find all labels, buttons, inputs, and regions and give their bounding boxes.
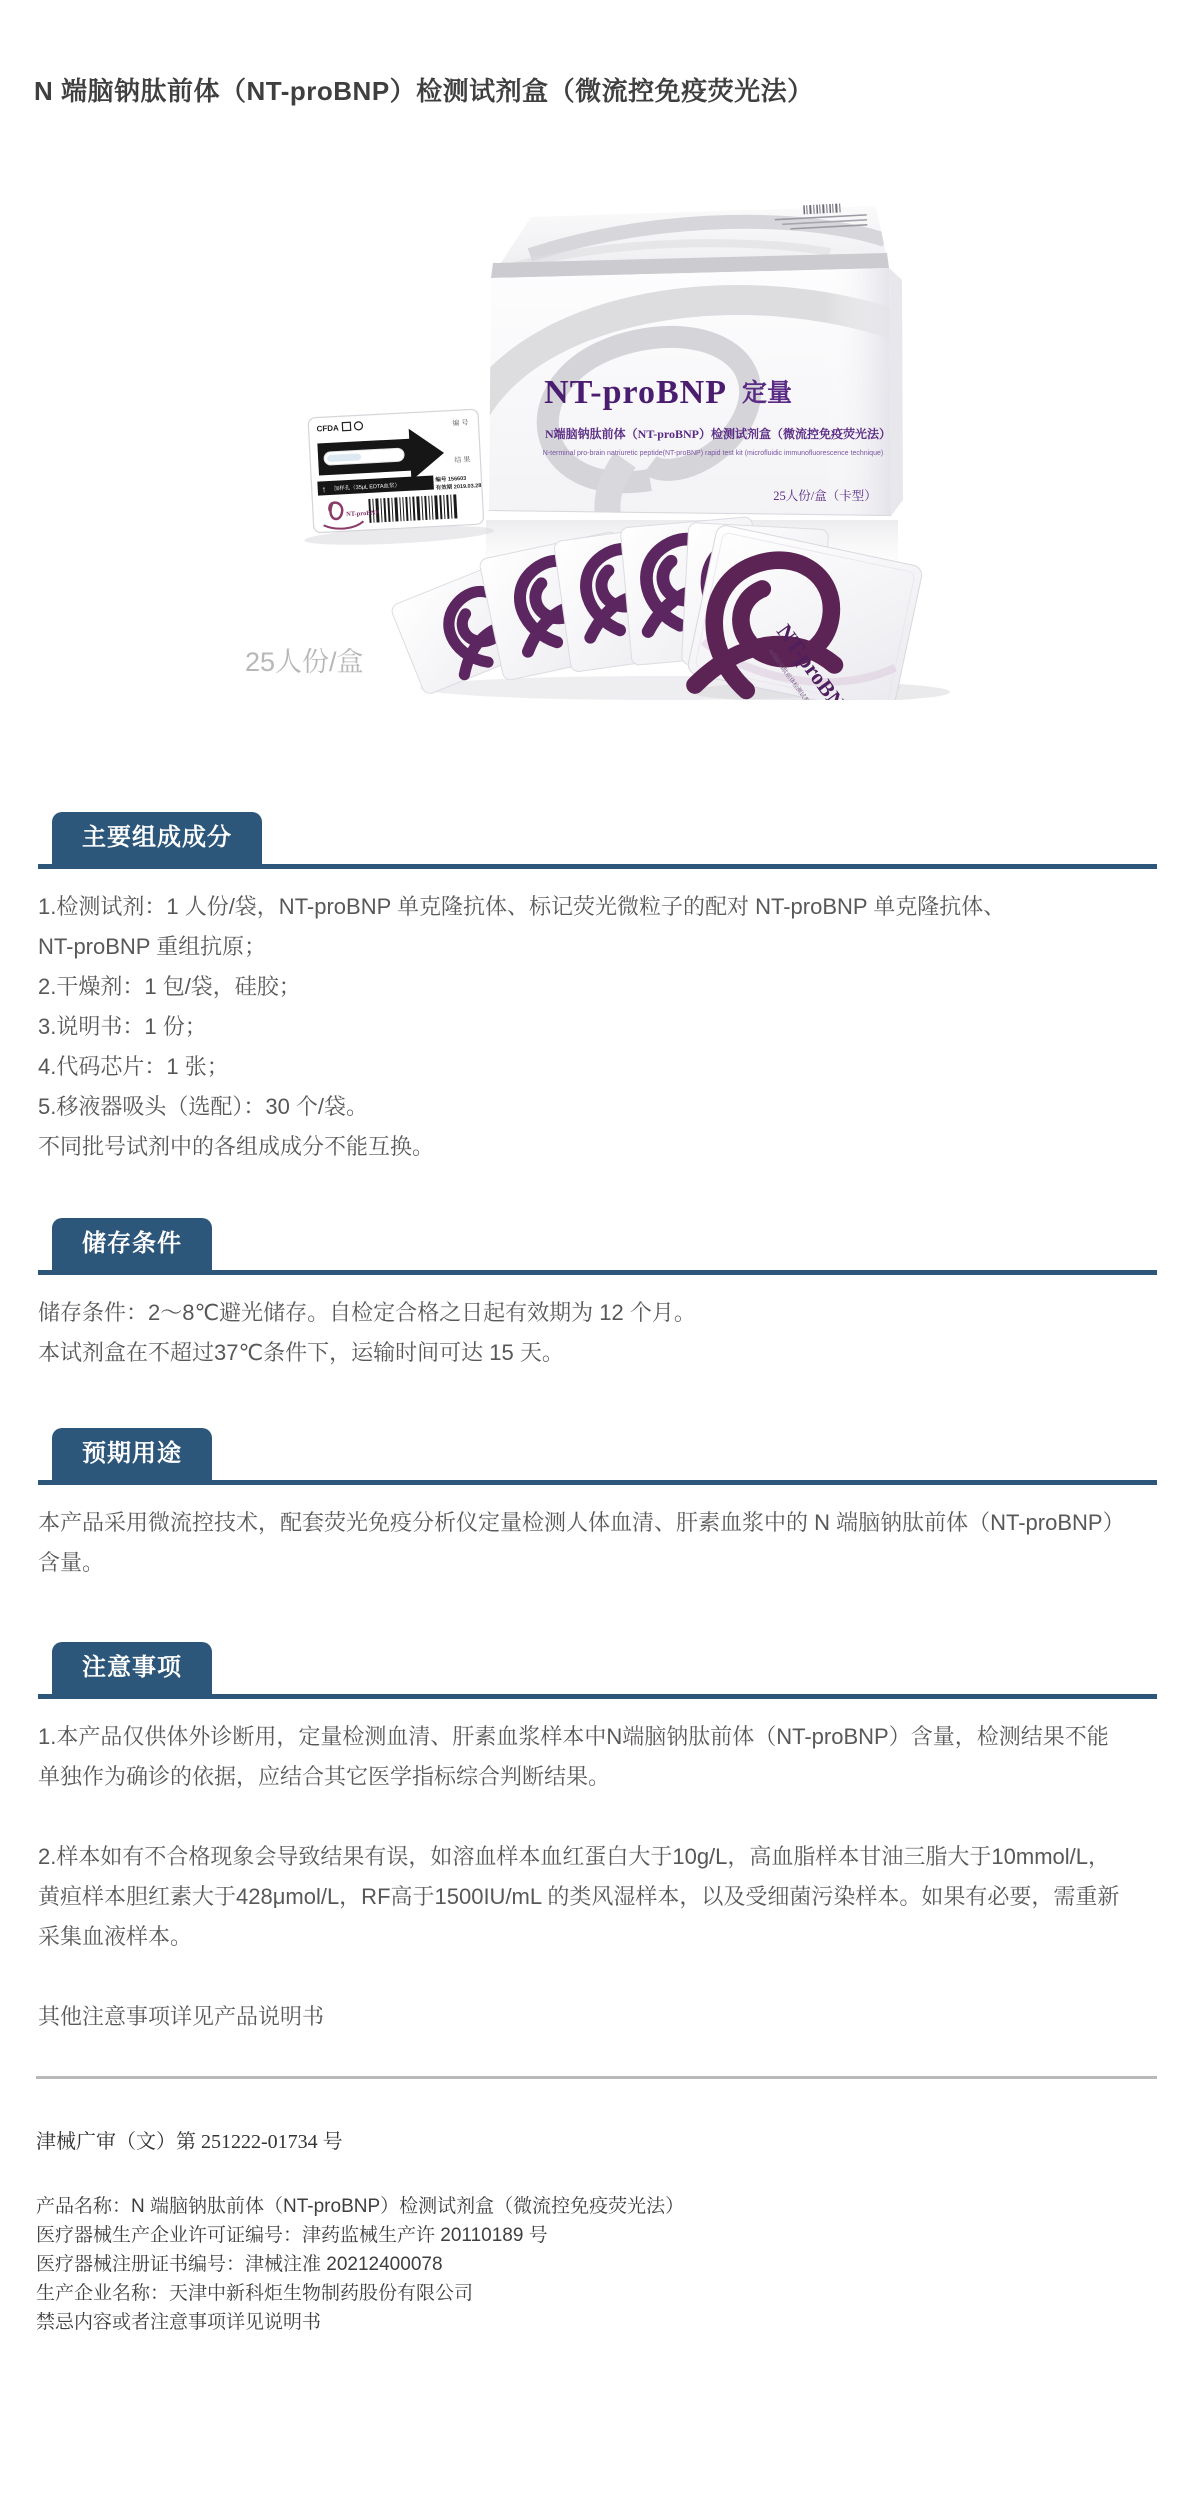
footer-registration-block: 产品名称：N 端脑钠肽前体（NT-proBNP）检测试剂盒（微流控免疫荧光法） …	[36, 2192, 684, 2337]
section-body: 1.本产品仅供体外诊断用，定量检测血清、肝素血浆样本中N端脑钠肽前体（NT-pr…	[38, 1717, 1157, 2037]
cassette-cfda-label: CFDA	[316, 423, 339, 433]
section-rule	[38, 1270, 1157, 1275]
section-body: 本产品采用微流控技术，配套荧光免疫分析仪定量检测人体血清、肝素血浆中的 N 端脑…	[38, 1503, 1157, 1583]
ad-approval-number: 津械广审（文）第 251222-01734 号	[36, 2130, 684, 2154]
section-heading: 储存条件	[52, 1218, 212, 1270]
footer-product-name: 产品名称：N 端脑钠肽前体（NT-proBNP）检测试剂盒（微流控免疫荧光法）	[36, 2192, 684, 2221]
test-cassette: CFDA 编 号 结 果 ↑ 加样孔（35μL EDTA血浆） 编号 15660…	[298, 409, 495, 549]
box-subtitle-cn: N端脑钠肽前体（NT-proBNP）检测试剂盒（微流控免疫荧光法）	[545, 426, 891, 441]
box-pack-size: 25人份/盒（卡型）	[773, 488, 876, 503]
up-arrow-icon: ↑	[321, 484, 326, 494]
page-title: N 端脑钠肽前体（NT-proBNP）检测试剂盒（微流控免疫荧光法）	[34, 71, 814, 108]
product-photo-illustration: NT-proBNP 定量 N端脑钠肽前体（NT-proBNP）检测试剂盒（微流控…	[230, 120, 1010, 700]
footer-divider	[36, 2076, 1157, 2079]
section-heading: 注意事项	[52, 1642, 212, 1694]
section-precautions: 注意事项 1.本产品仅供体外诊断用，定量检测血清、肝素血浆样本中N端脑钠肽前体（…	[38, 1642, 1157, 2037]
section-main-components: 主要组成成分 1.检测试剂：1 人份/袋，NT-proBNP 单克隆抗体、标记荧…	[38, 812, 1157, 1167]
box-title-en: NT-proBNP	[544, 374, 727, 411]
footer-license: 医疗器械生产企业许可证编号：津药监械生产许 20110189 号	[36, 2221, 684, 2250]
section-body: 储存条件：2～8℃避光储存。自检定合格之日起有效期为 12 个月。 本试剂盒在不…	[38, 1293, 1157, 1373]
product-page: N 端脑钠肽前体（NT-proBNP）检测试剂盒（微流控免疫荧光法）	[0, 0, 1189, 2504]
footer-manufacturer: 生产企业名称：天津中新科炬生物制药股份有限公司	[36, 2279, 684, 2308]
footer: 津械广审（文）第 251222-01734 号 产品名称：N 端脑钠肽前体（NT…	[36, 2130, 684, 2337]
section-body: 1.检测试剂：1 人份/袋，NT-proBNP 单克隆抗体、标记荧光微粒子的配对…	[38, 887, 1157, 1167]
section-storage-conditions: 储存条件 储存条件：2～8℃避光储存。自检定合格之日起有效期为 12 个月。 本…	[38, 1218, 1157, 1373]
box-side	[889, 268, 903, 516]
photo-caption: 25人份/盒	[245, 640, 364, 679]
section-rule	[38, 1480, 1157, 1485]
section-rule	[38, 864, 1157, 869]
footer-disclaimer: 禁忌内容或者注意事项详见说明书	[36, 2308, 684, 2337]
section-heading: 主要组成成分	[52, 812, 262, 864]
footer-registration: 医疗器械注册证书编号：津械注准 20212400078	[36, 2250, 684, 2279]
section-heading: 预期用途	[52, 1428, 212, 1480]
section-intended-use: 预期用途 本产品采用微流控技术，配套荧光免疫分析仪定量检测人体血清、肝素血浆中的…	[38, 1428, 1157, 1583]
product-photo: NT-proBNP 定量 N端脑钠肽前体（NT-proBNP）检测试剂盒（微流控…	[230, 120, 1010, 700]
section-rule	[38, 1694, 1157, 1699]
box-subtitle-en: N-terminal pro-brain natriuretic peptide…	[543, 450, 883, 457]
box-title-cn: 定量	[742, 379, 792, 407]
